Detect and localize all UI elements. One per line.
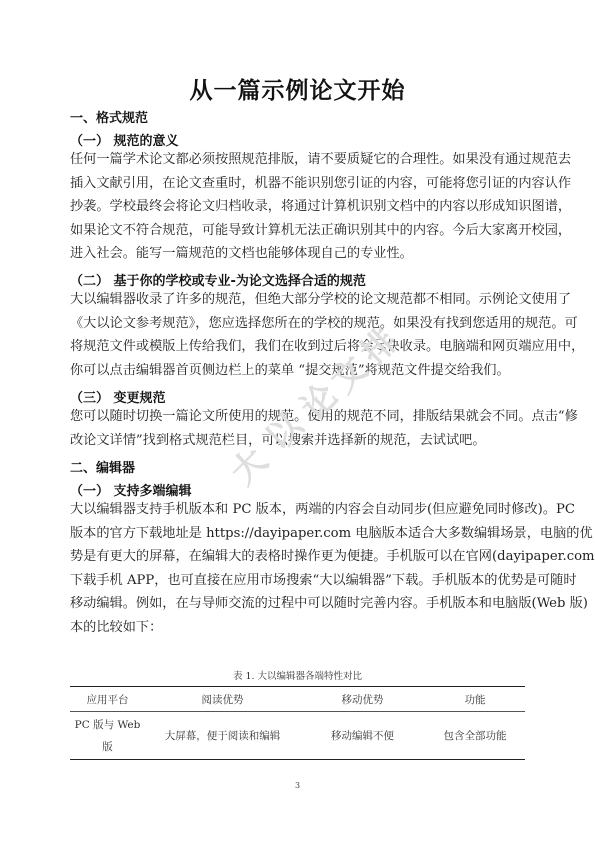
column-header-features: 功能 [425, 687, 525, 712]
paragraph-change-standard: 您可以随时切换一篇论文所使用的规范。使用的规范不同，排版结果就会不同。点击“修 … [70, 405, 525, 452]
text-line: 版本的官方下载地址是 https://dayipaper.com 电脑版本适合大… [70, 522, 525, 546]
text-line: 下载手机 APP，也可直接在应用市场搜索“大以编辑器”下载。手机版本的优势是可随… [70, 569, 525, 593]
text-line: 《大以论文参考规范》，您应选择您所在的学校的规范。如果没有找到您适用的规范。可 [70, 312, 525, 336]
text-line: 大以编辑器收录了许多的规范，但绝大部分学校的论文规范都不相同。示例论文使用了 [70, 288, 525, 312]
cell-features: 包含全部功能 [425, 712, 525, 760]
subsection-heading-meaning: （一） 规范的意义 [70, 130, 179, 149]
cell-platform-line2: 版 [70, 736, 145, 758]
table-row: PC 版与 Web 版 大屏幕，便于阅读和编辑 移动编辑不便 包含全部功能 [70, 712, 525, 760]
text-line: 势是有更大的屏幕，在编辑大的表格时操作更为便捷。手机版可以在官网(dayipap… [70, 545, 525, 569]
cell-platform-line1: PC 版与 Web [70, 714, 145, 736]
text-line: 任何一篇学术论文都必须按照规范排版，请不要质疑它的合理性。如果没有通过规范去 [70, 148, 525, 172]
cell-reading: 大屏幕，便于阅读和编辑 [145, 712, 300, 760]
subsection-heading-change-standard: （三） 变更规范 [70, 387, 166, 406]
document-title: 从一篇示例论文开始 [70, 72, 525, 105]
text-line: 本的比较如下： [70, 616, 525, 640]
table-caption: 表 1. 大以编辑器各端特性对比 [70, 668, 525, 682]
subsection-heading-multi-platform: （一） 支持多端编辑 [70, 480, 192, 499]
text-line: 如果论文不符合规范，可能导致计算机无法正确识别其中的内容。今后大家离开校园， [70, 219, 525, 243]
column-header-platform: 应用平台 [70, 687, 145, 712]
text-line: 将规范文件或模版上传给我们，我们在收到过后将会尽快收录。电脑端和网页端应用中， [70, 335, 525, 359]
table-header-row: 应用平台 阅读优势 移动优势 功能 [70, 687, 525, 712]
text-line: 您可以随时切换一篇论文所使用的规范。使用的规范不同，排版结果就会不同。点击“修 [70, 405, 525, 429]
section-heading-editor: 二、编辑器 [70, 457, 135, 476]
column-header-reading: 阅读优势 [145, 687, 300, 712]
text-line: 移动编辑。例如，在与导师交流的过程中可以随时完善内容。手机版本和电脑版(Web … [70, 592, 525, 616]
column-header-mobility: 移动优势 [300, 687, 425, 712]
comparison-table: 应用平台 阅读优势 移动优势 功能 PC 版与 Web 版 大屏幕，便于阅读和编… [70, 686, 525, 760]
text-line: 进入社会。能写一篇规范的文档也能够体现自己的专业性。 [70, 242, 525, 266]
paragraph-meaning: 任何一篇学术论文都必须按照规范排版，请不要质疑它的合理性。如果没有通过规范去 插… [70, 148, 525, 266]
subsection-heading-choose-standard: （二） 基于你的学校或专业-为论文选择合适的规范 [70, 270, 366, 289]
paragraph-multi-platform: 大以编辑器支持手机版本和 PC 版本，两端的内容会自动同步(但应避免同时修改)。… [70, 498, 525, 640]
text-line: 大以编辑器支持手机版本和 PC 版本，两端的内容会自动同步(但应避免同时修改)。… [70, 498, 525, 522]
text-line: 抄袭。学校最终会将论文归档收录，将通过计算机识别文档中的内容以形成知识图谱， [70, 195, 525, 219]
text-line: 插入文献引用，在论文查重时，机器不能识别您引证的内容，可能将您引证的内容认作 [70, 172, 525, 196]
cell-mobility: 移动编辑不便 [300, 712, 425, 760]
text-line: 改论文详情”找到格式规范栏目，可以搜索并选择新的规范，去试试吧。 [70, 429, 525, 453]
text-line: 你可以点击编辑器首页侧边栏上的菜单 “提交规范”将规范文件提交给我们。 [70, 359, 525, 383]
cell-platform: PC 版与 Web 版 [70, 712, 145, 760]
paragraph-choose-standard: 大以编辑器收录了许多的规范，但绝大部分学校的论文规范都不相同。示例论文使用了 《… [70, 288, 525, 382]
section-heading-format-standards: 一、格式规范 [70, 107, 148, 126]
page-number: 3 [70, 781, 525, 790]
